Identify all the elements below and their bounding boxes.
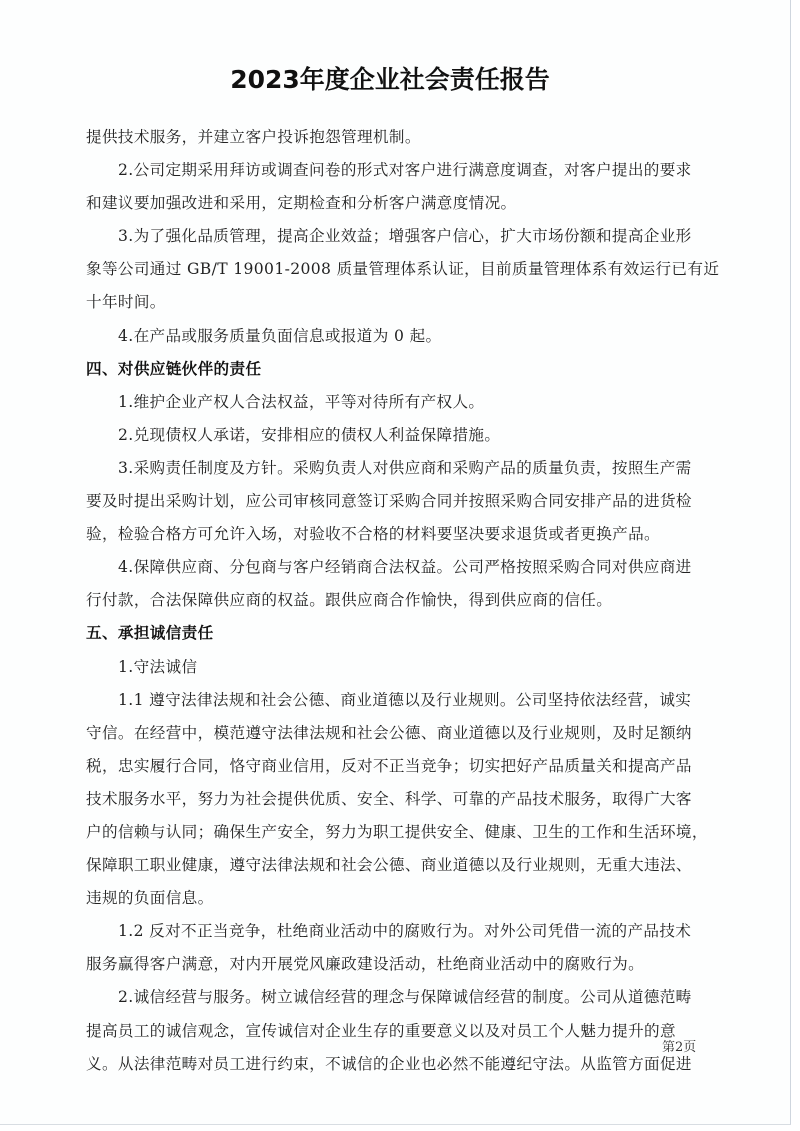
paragraph-line: 十年时间。 [86,286,706,319]
paragraph-line: 服务赢得客户满意，对内开展党风廉政建设活动，杜绝商业活动中的腐败行为。 [86,948,706,981]
section-heading: 五、承担诚信责任 [86,617,706,650]
document-title: 2023年度企业社会责任报告 [0,60,780,96]
paragraph-line: 义。从法律范畴对员工进行约束，不诚信的企业也必然不能遵纪守法。从监管方面促进 [86,1048,706,1081]
paragraph-line: 和建议要加强改进和采用，定期检查和分析客户满意度情况。 [86,187,706,220]
document-page: 2023年度企业社会责任报告 提供技术服务，并建立客户投诉抱怨管理机制。2.公司… [0,0,791,1125]
section-heading: 四、对供应链伙伴的责任 [86,353,706,386]
paragraph-first-line: 2.兑现债权人承诺，安排相应的债权人利益保障措施。 [86,419,706,452]
paragraph-line: 守信。在经营中，模范遵守法律法规和社会公德、商业道德以及行业规则，及时足额纳 [86,717,706,750]
paragraph-line: 保障职工职业健康，遵守法律法规和社会公德、商业道德以及行业规则，无重大违法、 [86,849,706,882]
paragraph-line: 提供技术服务，并建立客户投诉抱怨管理机制。 [86,121,706,154]
paragraph-first-line: 2.诚信经营与服务。树立诚信经营的理念与保障诚信经营的制度。公司从道德范畴 [86,981,706,1014]
paragraph-first-line: 1.1 遵守法律法规和社会公德、商业道德以及行业规则。公司坚持依法经营，诚实 [86,684,706,717]
paragraph-line: 要及时提出采购计划，应公司审核同意签订采购合同并按照采购合同安排产品的进货检 [86,485,706,518]
paragraph-first-line: 1.维护企业产权人合法权益，平等对待所有产权人。 [86,386,706,419]
paragraph-line: 户的信赖与认同；确保生产安全，努力为职工提供安全、健康、卫生的工作和生活环境， [86,816,706,849]
paragraph-line: 象等公司通过 GB/T 19001-2008 质量管理体系认证，目前质量管理体系… [86,253,706,286]
paragraph-line: 税，忠实履行合同，恪守商业信用，反对不正当竞争；切实把好产品质量关和提高产品 [86,750,706,783]
page-number: 第2页 [662,1036,696,1055]
paragraph-line: 提高员工的诚信观念，宣传诚信对企业生存的重要意义以及对员工个人魅力提升的意 [86,1015,706,1048]
paragraph-first-line: 1.守法诚信 [86,651,706,684]
paragraph-line: 行付款，合法保障供应商的权益。跟供应商合作愉快，得到供应商的信任。 [86,584,706,617]
paragraph-line: 技术服务水平，努力为社会提供优质、安全、科学、可靠的产品技术服务，取得广大客 [86,783,706,816]
paragraph-first-line: 3.为了强化品质管理，提高企业效益；增强客户信心，扩大市场份额和提高企业形 [86,220,706,253]
paragraph-first-line: 4.保障供应商、分包商与客户经销商合法权益。公司严格按照采购合同对供应商进 [86,551,706,584]
paragraph-first-line: 4.在产品或服务质量负面信息或报道为 0 起。 [86,320,706,353]
paragraph-line: 验，检验合格方可允许入场，对验收不合格的材料要坚决要求退货或者更换产品。 [86,518,706,551]
paragraph-first-line: 3.采购责任制度及方针。采购负责人对供应商和采购产品的质量负责，按照生产需 [86,452,706,485]
paragraph-first-line: 1.2 反对不正当竞争，杜绝商业活动中的腐败行为。对外公司凭借一流的产品技术 [86,915,706,948]
document-body: 提供技术服务，并建立客户投诉抱怨管理机制。2.公司定期采用拜访或调查问卷的形式对… [86,121,706,1081]
paragraph-first-line: 2.公司定期采用拜访或调查问卷的形式对客户进行满意度调查，对客户提出的要求 [86,154,706,187]
paragraph-line: 违规的负面信息。 [86,882,706,915]
